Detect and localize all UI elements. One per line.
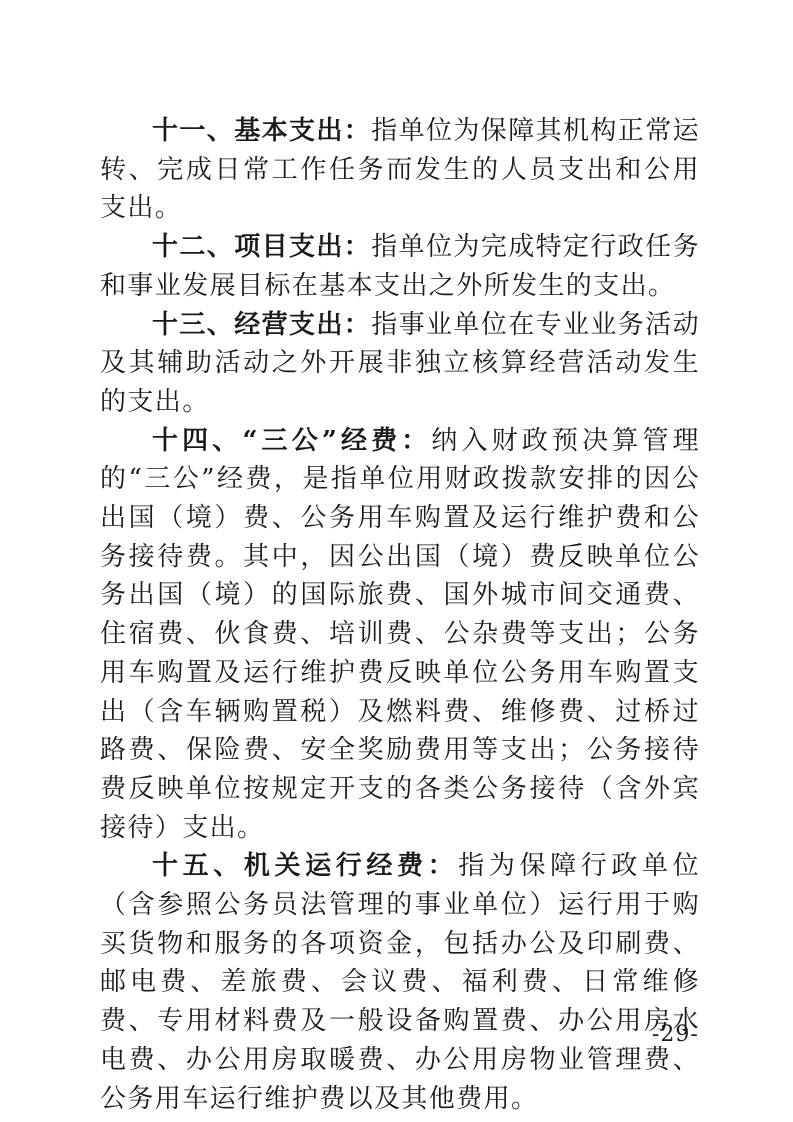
paragraph-text: 指为保障行政单位（含参照公务员法管理的事业单位）运行用于购买货物和服务的各项资金… — [100, 851, 700, 1113]
page-number: -29- — [652, 1022, 699, 1047]
paragraph-project-expenditure: 十二、项目支出：指单位为完成特定行政任务和事业发展目标在基本支出之外所发生的支出… — [100, 228, 700, 305]
document-page: 十一、基本支出：指单位为保障其机构正常运转、完成日常工作任务而发生的人员支出和公… — [0, 0, 793, 1122]
paragraph-label: 十一、基本支出： — [152, 116, 371, 146]
paragraph-label: 十五、机关运行经费： — [152, 851, 458, 881]
text-block: 十一、基本支出：指单位为保障其机构正常运转、完成日常工作任务而发生的人员支出和公… — [100, 112, 700, 1118]
paragraph-label: 十四、“三公”经费： — [152, 426, 431, 456]
paragraph-label: 十三、经营支出： — [152, 310, 371, 340]
paragraph-three-public-funds: 十四、“三公”经费：纳入财政预决算管理的“三公”经费，是指单位用财政拨款安排的因… — [100, 422, 700, 848]
paragraph-basic-expenditure: 十一、基本支出：指单位为保障其机构正常运转、完成日常工作任务而发生的人员支出和公… — [100, 112, 700, 228]
paragraph-operating-expenditure: 十三、经营支出：指事业单位在专业业务活动及其辅助活动之外开展非独立核算经营活动发… — [100, 306, 700, 422]
paragraph-label: 十二、项目支出： — [152, 232, 371, 262]
paragraph-text: 纳入财政预决算管理的“三公”经费，是指单位用财政拨款安排的因公出国（境）费、公务… — [100, 426, 700, 843]
paragraph-agency-operating-funds: 十五、机关运行经费：指为保障行政单位（含参照公务员法管理的事业单位）运行用于购买… — [100, 847, 700, 1118]
